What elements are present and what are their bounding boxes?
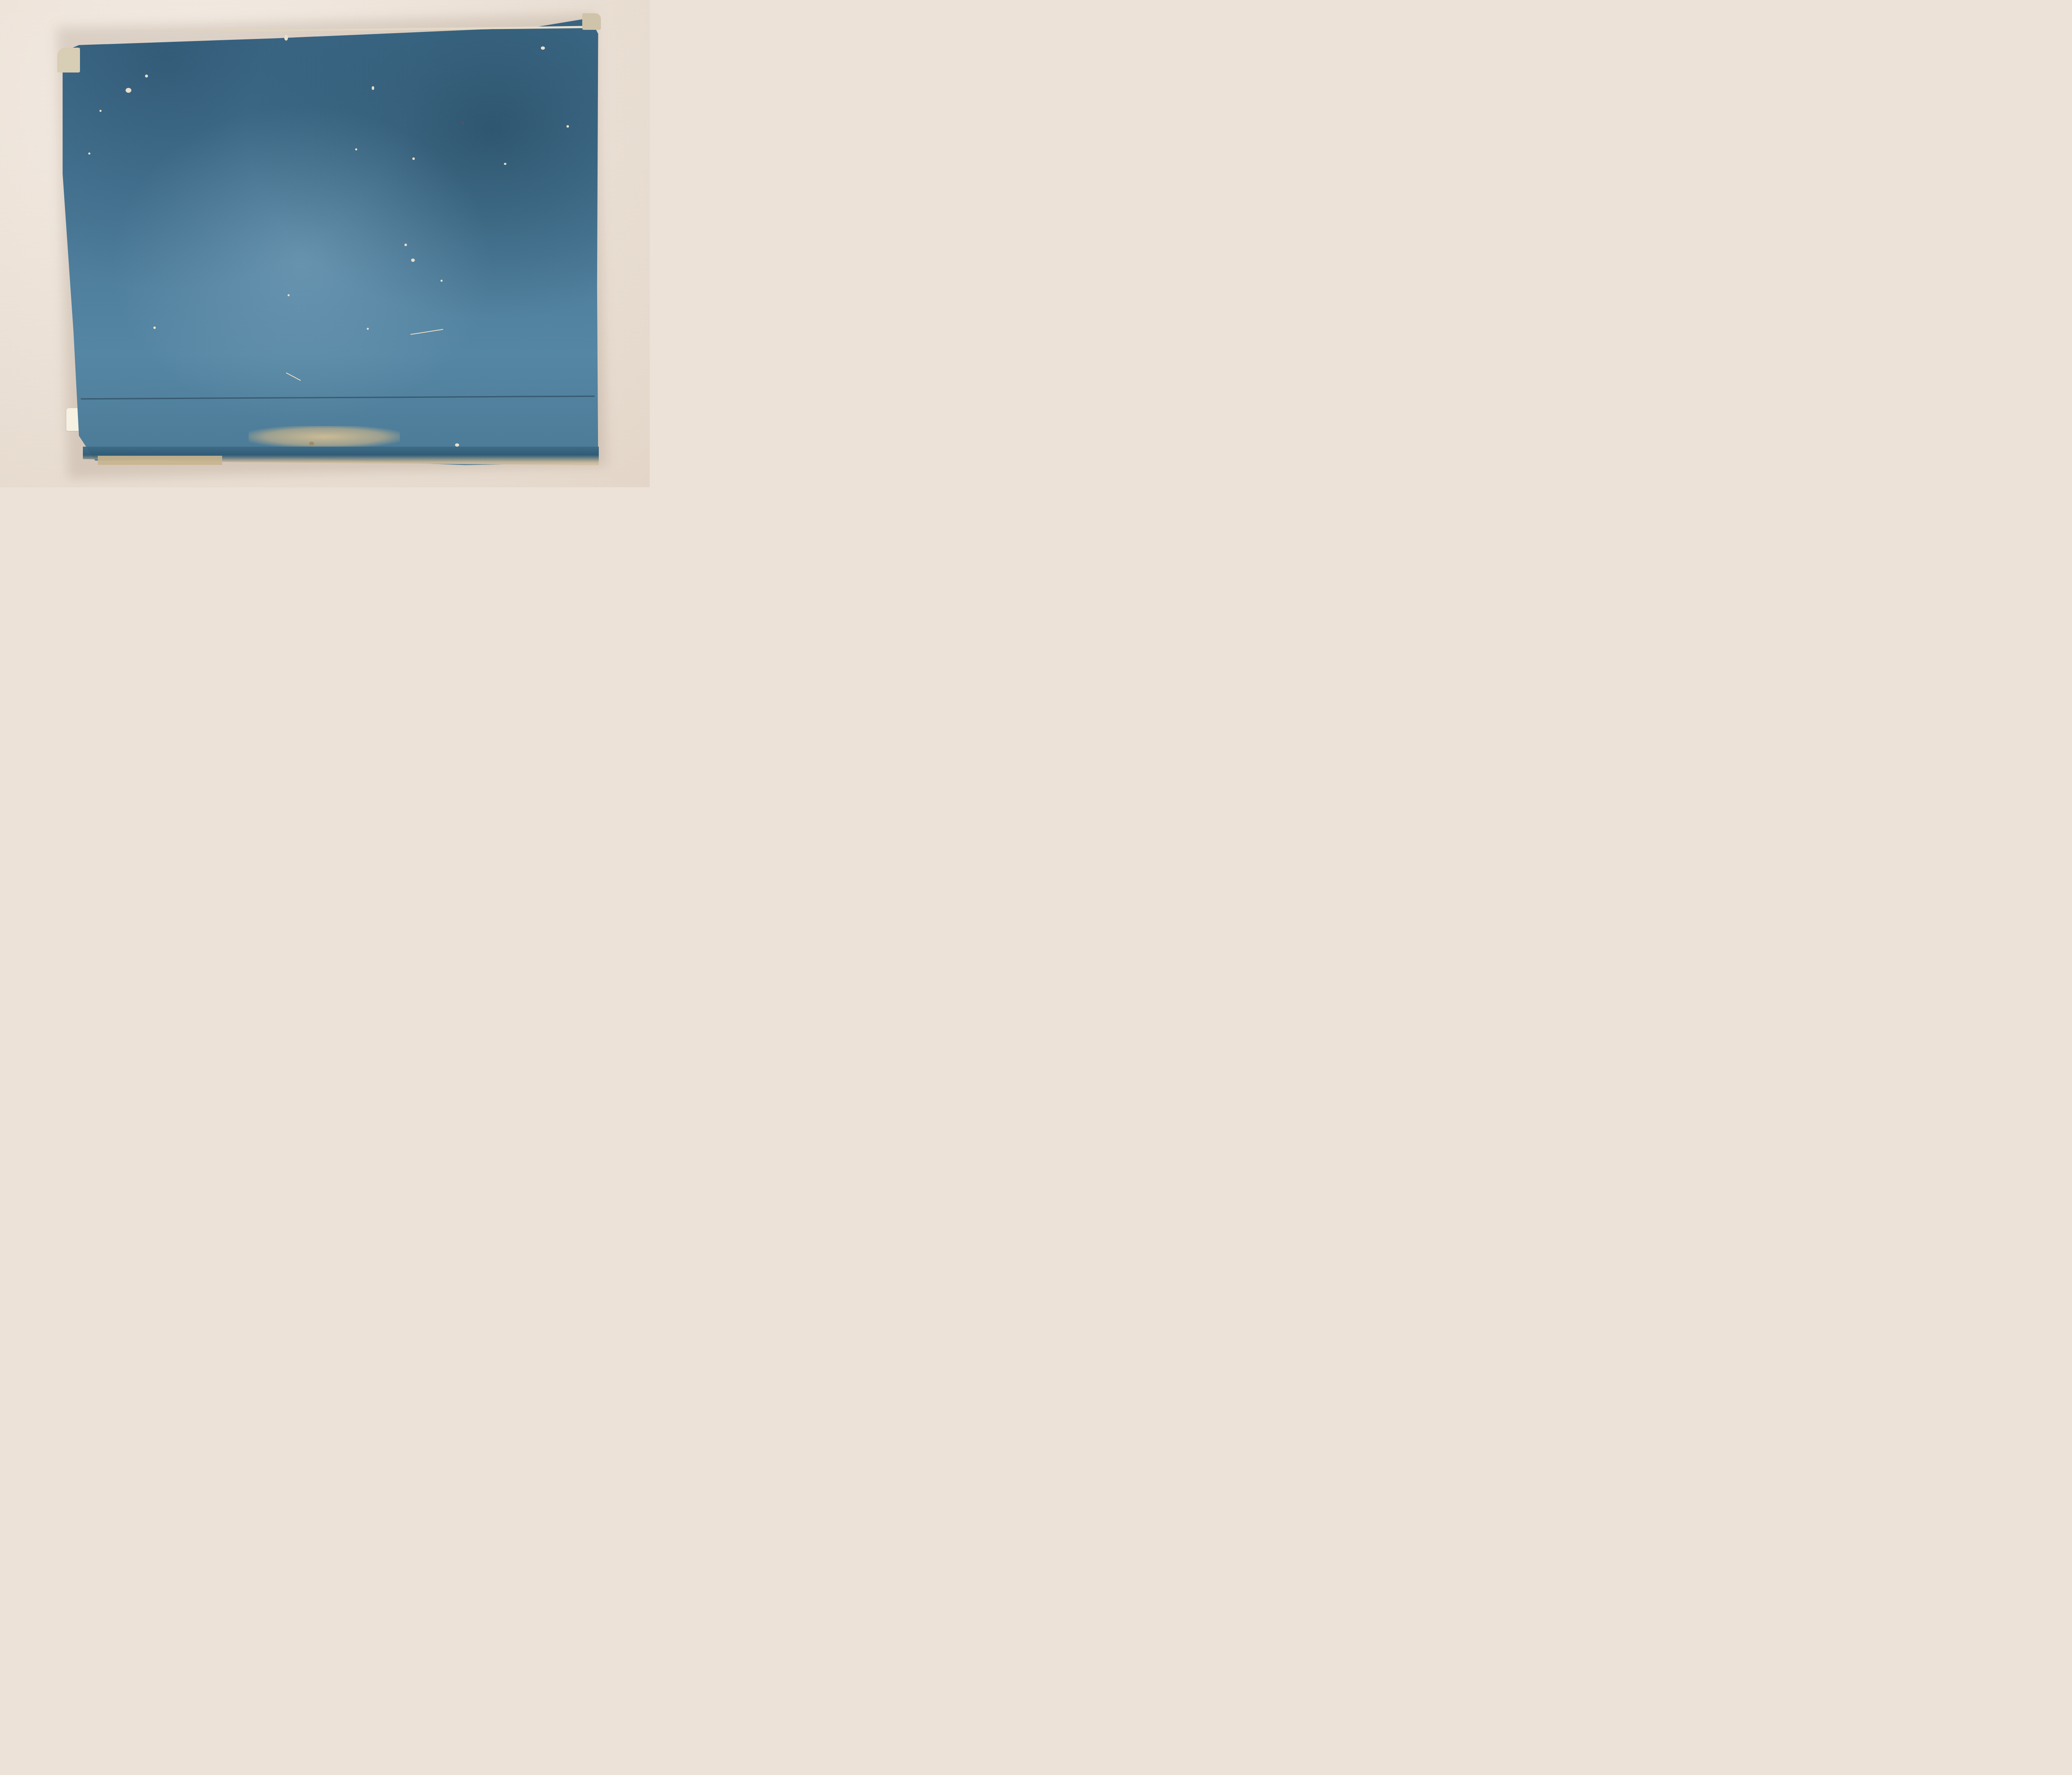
speck [404, 244, 407, 246]
speck [462, 122, 464, 124]
speck [541, 46, 545, 50]
speck [145, 75, 148, 77]
speck [411, 259, 415, 262]
paper-bookmark-tab [66, 408, 79, 431]
speck [441, 280, 443, 282]
speck [288, 294, 290, 296]
speck [153, 326, 156, 329]
speck [126, 88, 131, 93]
speck [355, 148, 357, 150]
speck [566, 125, 569, 128]
worn-corner-top-right [582, 13, 601, 30]
water-stain [249, 426, 400, 447]
speck [99, 110, 102, 112]
speck [309, 442, 314, 445]
worn-spine-patch [98, 456, 222, 465]
worn-corner-top-left [57, 48, 80, 73]
speck [412, 157, 415, 160]
speck [504, 163, 506, 165]
speck [284, 35, 288, 41]
speck [455, 443, 459, 447]
speck [88, 152, 90, 155]
speck [372, 86, 374, 90]
book-cover [57, 16, 601, 467]
speck [367, 328, 369, 330]
